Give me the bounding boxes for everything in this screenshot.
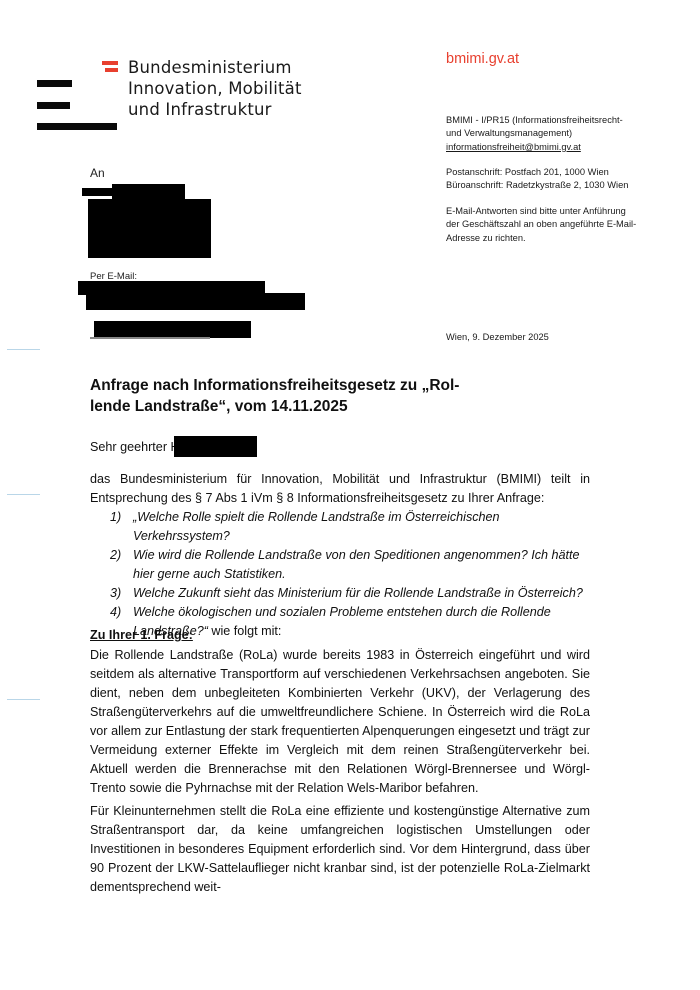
logo-line: Innovation, Mobilität [128,78,302,99]
question-item: 3)Welche Zukunft sieht das Ministerium f… [110,584,590,603]
intro-paragraph: das Bundesministerium für Innovation, Mo… [90,470,590,508]
fold-mark [7,349,40,350]
subject-line: Anfrage nach Informationsfreiheitsgesetz… [90,375,560,396]
logo-line: Bundesministerium [128,57,302,78]
reply-note: E-Mail-Antworten sind bitte unter Anführ… [446,205,636,245]
fold-mark [7,699,40,700]
fold-mark [7,494,40,495]
redaction-salutation-name [174,436,257,457]
postal-address: Postanschrift: Postfach 201, 1000 Wien [446,166,628,179]
question-item: 2)Wie wird die Rollende Landstraße von d… [110,546,590,584]
letter-subject: Anfrage nach Informationsfreiheitsgesetz… [90,375,560,417]
department-block: BMIMI - I/PR15 (Informationsfreiheitsrec… [446,114,623,154]
address-block: Postanschrift: Postfach 201, 1000 Wien B… [446,166,628,193]
section-heading: Zu Ihrer 1. Frage: [90,628,193,642]
logo-bar-top [37,80,72,87]
reply-note-line: der Geschäftszahl an oben angeführte E-M… [446,218,636,231]
question-item: 1)„Welche Rolle spielt die Rollende Land… [110,508,590,546]
department-line: und Verwaltungsmanagement) [446,127,623,140]
logo-line: und Infrastruktur [128,99,302,120]
question-list: 1)„Welche Rolle spielt die Rollende Land… [110,508,590,641]
logo-bar-middle [37,102,70,109]
website-link[interactable]: bmimi.gv.at [446,51,519,67]
answer-paragraph: Für Kleinunternehmen stellt die RoLa ein… [90,802,590,897]
redaction-reference-number [94,321,251,338]
subject-line: lende Landstraße“, vom 14.11.2025 [90,396,560,417]
department-line: BMIMI - I/PR15 (Informationsfreiheitsrec… [446,114,623,127]
office-address: Büroanschrift: Radetzkystraße 2, 1030 Wi… [446,179,628,192]
reply-note-line: E-Mail-Antworten sind bitte unter Anführ… [446,205,636,218]
answer-paragraph: Die Rollende Landstraße (RoLa) wurde ber… [90,646,590,798]
department-email-link[interactable]: informationsfreiheit@bmimi.gv.at [446,142,581,152]
redaction-recipient-2 [112,184,185,200]
reference-number-remnant [90,337,210,339]
recipient-label: An [90,166,105,180]
redaction-email-2 [86,293,305,310]
reply-note-line: Adresse zu richten. [446,232,636,245]
logo-bar-bottom [37,123,117,130]
logo-wordmark: Bundesministerium Innovation, Mobilität … [128,57,302,120]
letter-date: Wien, 9. Dezember 2025 [446,331,549,344]
redaction-recipient-3 [88,199,211,258]
redaction-recipient-1 [82,188,112,196]
salutation: Sehr geehrter H [90,438,180,457]
